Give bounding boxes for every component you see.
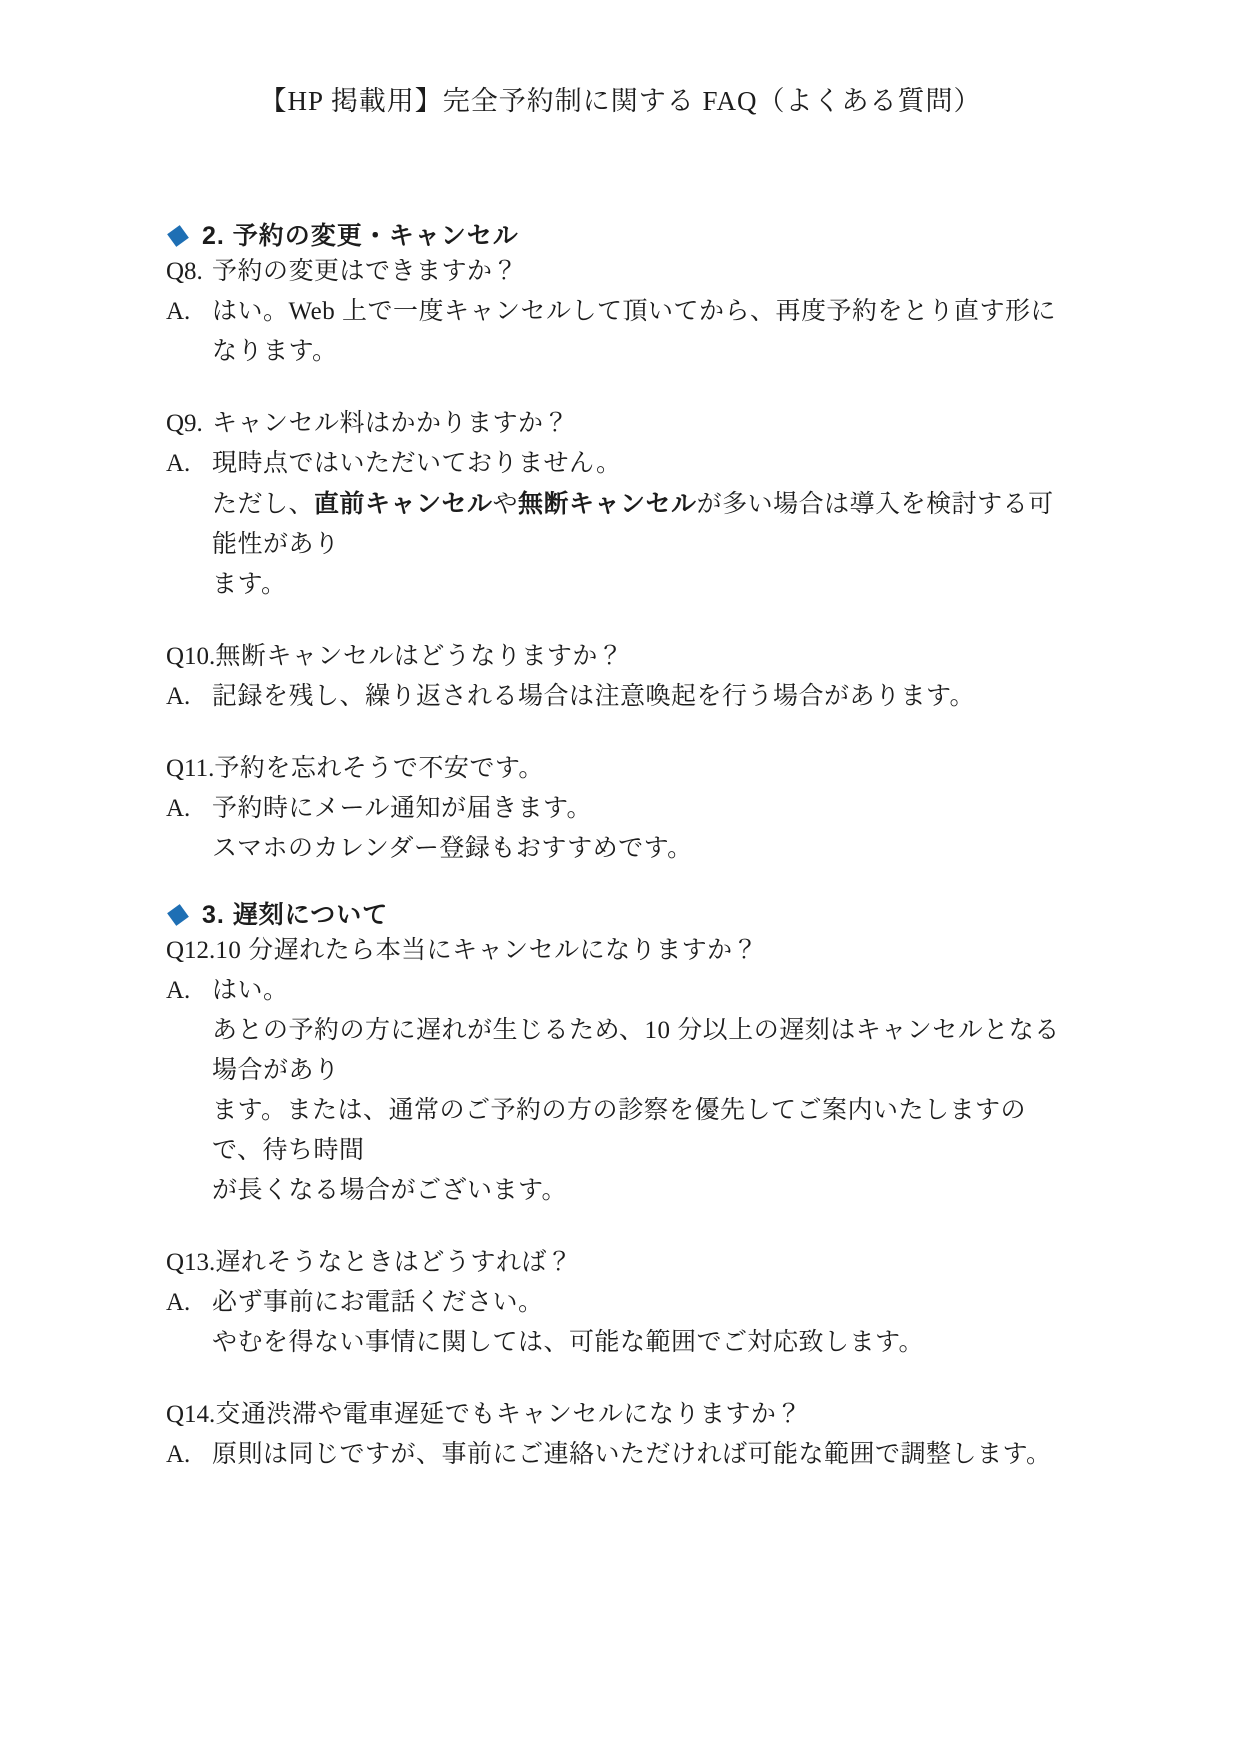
question-line: Q13. 遅れそうなときはどうすれば？: [166, 1243, 1075, 1283]
section-heading: 3. 遅刻について: [166, 899, 1075, 931]
answer-lines: 原則は同じですが、事前にご連絡いただければ可能な範囲で調整します。: [212, 1435, 1075, 1475]
answer-line: 必ず事前にお電話ください。: [212, 1283, 1075, 1323]
answer-block: A. はい。 あとの予約の方に遅れが生じるため、10 分以上の遅刻はキャンセルと…: [166, 971, 1075, 1211]
question-line: Q14. 交通渋滞や電車遅延でもキャンセルになりますか？: [166, 1395, 1075, 1435]
answer-line: はい。Web 上で一度キャンセルして頂いてから、再度予約をとり直す形になります。: [212, 292, 1075, 372]
question-line: Q9. キャンセル料はかかりますか？: [166, 404, 1075, 444]
answer-lines: 記録を残し、繰り返される場合は注意喚起を行う場合があります。: [212, 677, 1075, 717]
answer-line: ます。または、通常のご予約の方の診察を優先してご案内いたしますので、待ち時間: [212, 1091, 1075, 1171]
faq-section-reservation-change: 2. 予約の変更・キャンセル Q8. 予約の変更はできますか？ A. はい。We…: [166, 220, 1075, 869]
answer-line: はい。: [212, 971, 1075, 1011]
answer-label: A.: [166, 444, 212, 484]
question-line: Q11. 予約を忘れそうで不安です。: [166, 749, 1075, 789]
answer-lines: はい。 あとの予約の方に遅れが生じるため、10 分以上の遅刻はキャンセルとなる場…: [212, 971, 1075, 1211]
section-heading-text: 3. 遅刻について: [202, 899, 388, 931]
question-line: Q12. 10 分遅れたら本当にキャンセルになりますか？: [166, 931, 1075, 971]
question-label: Q14.: [166, 1395, 215, 1435]
qa-item-q12: Q12. 10 分遅れたら本当にキャンセルになりますか？ A. はい。 あとの予…: [166, 931, 1075, 1211]
answer-segment: はい。: [212, 977, 289, 1004]
answer-segment: が長くなる場合がございます。: [212, 1177, 567, 1204]
question-text: キャンセル料はかかりますか？: [212, 404, 569, 444]
answer-segment: 原則は同じですが、事前にご連絡いただければ可能な範囲で調整します。: [212, 1441, 1052, 1468]
answer-segment: あとの予約の方に遅れが生じるため、10 分以上の遅刻はキャンセルとなる場合があり: [212, 1017, 1060, 1084]
question-line: Q8. 予約の変更はできますか？: [166, 252, 1075, 292]
section-heading: 2. 予約の変更・キャンセル: [166, 220, 1075, 252]
qa-item-q9: Q9. キャンセル料はかかりますか？ A. 現時点ではいただいておりません。 た…: [166, 404, 1075, 605]
question-label: Q12.: [166, 931, 215, 971]
answer-line: ます。: [212, 565, 1075, 605]
section-heading-text: 2. 予約の変更・キャンセル: [202, 220, 519, 252]
answer-line: 原則は同じですが、事前にご連絡いただければ可能な範囲で調整します。: [212, 1435, 1075, 1475]
answer-block: A. 現時点ではいただいておりません。 ただし、直前キャンセルや無断キャンセルが…: [166, 444, 1075, 605]
answer-segment: 記録を残し、繰り返される場合は注意喚起を行う場合があります。: [212, 683, 975, 710]
answer-segment: 現時点ではいただいておりません。: [212, 450, 622, 477]
diamond-icon: [166, 903, 190, 927]
answer-label: A.: [166, 292, 212, 332]
document-page: 【HP 掲載用】完全予約制に関する FAQ（よくある質問） 2. 予約の変更・キ…: [0, 0, 1241, 1754]
qa-item-q11: Q11. 予約を忘れそうで不安です。 A. 予約時にメール通知が届きます。 スマ…: [166, 749, 1075, 869]
answer-label: A.: [166, 1283, 212, 1323]
answer-segment: 必ず事前にお電話ください。: [212, 1289, 544, 1316]
answer-segment: 予約時にメール通知が届きます。: [212, 795, 592, 822]
document-title: 【HP 掲載用】完全予約制に関する FAQ（よくある質問）: [166, 82, 1075, 120]
question-text: 交通渋滞や電車遅延でもキャンセルになりますか？: [215, 1395, 802, 1435]
answer-segment: ます。または、通常のご予約の方の診察を優先してご案内いたしますので、待ち時間: [212, 1097, 1026, 1164]
question-label: Q13.: [166, 1243, 215, 1283]
answer-block: A. 記録を残し、繰り返される場合は注意喚起を行う場合があります。: [166, 677, 1075, 717]
answer-line: ただし、直前キャンセルや無断キャンセルが多い場合は導入を検討する可能性があり: [212, 484, 1075, 565]
answer-segment-bold: 直前キャンセル: [314, 490, 493, 518]
qa-item-q14: Q14. 交通渋滞や電車遅延でもキャンセルになりますか？ A. 原則は同じですが…: [166, 1395, 1075, 1475]
qa-item-q13: Q13. 遅れそうなときはどうすれば？ A. 必ず事前にお電話ください。 やむを…: [166, 1243, 1075, 1363]
question-text: 無断キャンセルはどうなりますか？: [215, 637, 623, 677]
answer-lines: 現時点ではいただいておりません。 ただし、直前キャンセルや無断キャンセルが多い場…: [212, 444, 1075, 605]
answer-label: A.: [166, 677, 212, 717]
answer-block: A. 原則は同じですが、事前にご連絡いただければ可能な範囲で調整します。: [166, 1435, 1075, 1475]
answer-lines: 予約時にメール通知が届きます。 スマホのカレンダー登録もおすすめです。: [212, 789, 1075, 869]
question-line: Q10. 無断キャンセルはどうなりますか？: [166, 637, 1075, 677]
answer-block: A. 予約時にメール通知が届きます。 スマホのカレンダー登録もおすすめです。: [166, 789, 1075, 869]
question-text: 10 分遅れたら本当にキャンセルになりますか？: [215, 931, 758, 971]
answer-label: A.: [166, 1435, 212, 1475]
qa-item-q10: Q10. 無断キャンセルはどうなりますか？ A. 記録を残し、繰り返される場合は…: [166, 637, 1075, 717]
answer-label: A.: [166, 971, 212, 1011]
answer-lines: 必ず事前にお電話ください。 やむを得ない事情に関しては、可能な範囲でご対応致しま…: [212, 1283, 1075, 1363]
answer-line: が長くなる場合がございます。: [212, 1171, 1075, 1211]
question-label: Q9.: [166, 404, 212, 444]
answer-label: A.: [166, 789, 212, 829]
answer-line: あとの予約の方に遅れが生じるため、10 分以上の遅刻はキャンセルとなる場合があり: [212, 1011, 1075, 1091]
qa-item-q8: Q8. 予約の変更はできますか？ A. はい。Web 上で一度キャンセルして頂い…: [166, 252, 1075, 372]
answer-line: 記録を残し、繰り返される場合は注意喚起を行う場合があります。: [212, 677, 1075, 717]
question-text: 予約を忘れそうで不安です。: [214, 749, 544, 789]
diamond-icon: [166, 224, 190, 248]
faq-section-lateness: 3. 遅刻について Q12. 10 分遅れたら本当にキャンセルになりますか？ A…: [166, 899, 1075, 1475]
answer-block: A. 必ず事前にお電話ください。 やむを得ない事情に関しては、可能な範囲でご対応…: [166, 1283, 1075, 1363]
answer-segment: ただし、: [212, 491, 314, 518]
answer-segment: スマホのカレンダー登録もおすすめです。: [212, 835, 693, 862]
answer-line: やむを得ない事情に関しては、可能な範囲でご対応致します。: [212, 1323, 1075, 1363]
answer-line: 予約時にメール通知が届きます。: [212, 789, 1075, 829]
answer-segment: ます。: [212, 571, 287, 598]
answer-lines: はい。Web 上で一度キャンセルして頂いてから、再度予約をとり直す形になります。: [212, 292, 1075, 372]
question-label: Q10.: [166, 637, 215, 677]
question-text: 予約の変更はできますか？: [212, 252, 518, 292]
answer-segment-bold: 無断キャンセル: [518, 490, 697, 518]
answer-segment: はい。Web 上で一度キャンセルして頂いてから、再度予約をとり直す形になります。: [212, 298, 1056, 365]
question-text: 遅れそうなときはどうすれば？: [215, 1243, 572, 1283]
answer-line: 現時点ではいただいておりません。: [212, 444, 1075, 484]
question-label: Q11.: [166, 749, 214, 789]
answer-segment: や: [493, 491, 519, 518]
answer-line: スマホのカレンダー登録もおすすめです。: [212, 829, 1075, 869]
answer-block: A. はい。Web 上で一度キャンセルして頂いてから、再度予約をとり直す形になり…: [166, 292, 1075, 372]
question-label: Q8.: [166, 252, 212, 292]
answer-segment: やむを得ない事情に関しては、可能な範囲でご対応致します。: [212, 1329, 924, 1356]
